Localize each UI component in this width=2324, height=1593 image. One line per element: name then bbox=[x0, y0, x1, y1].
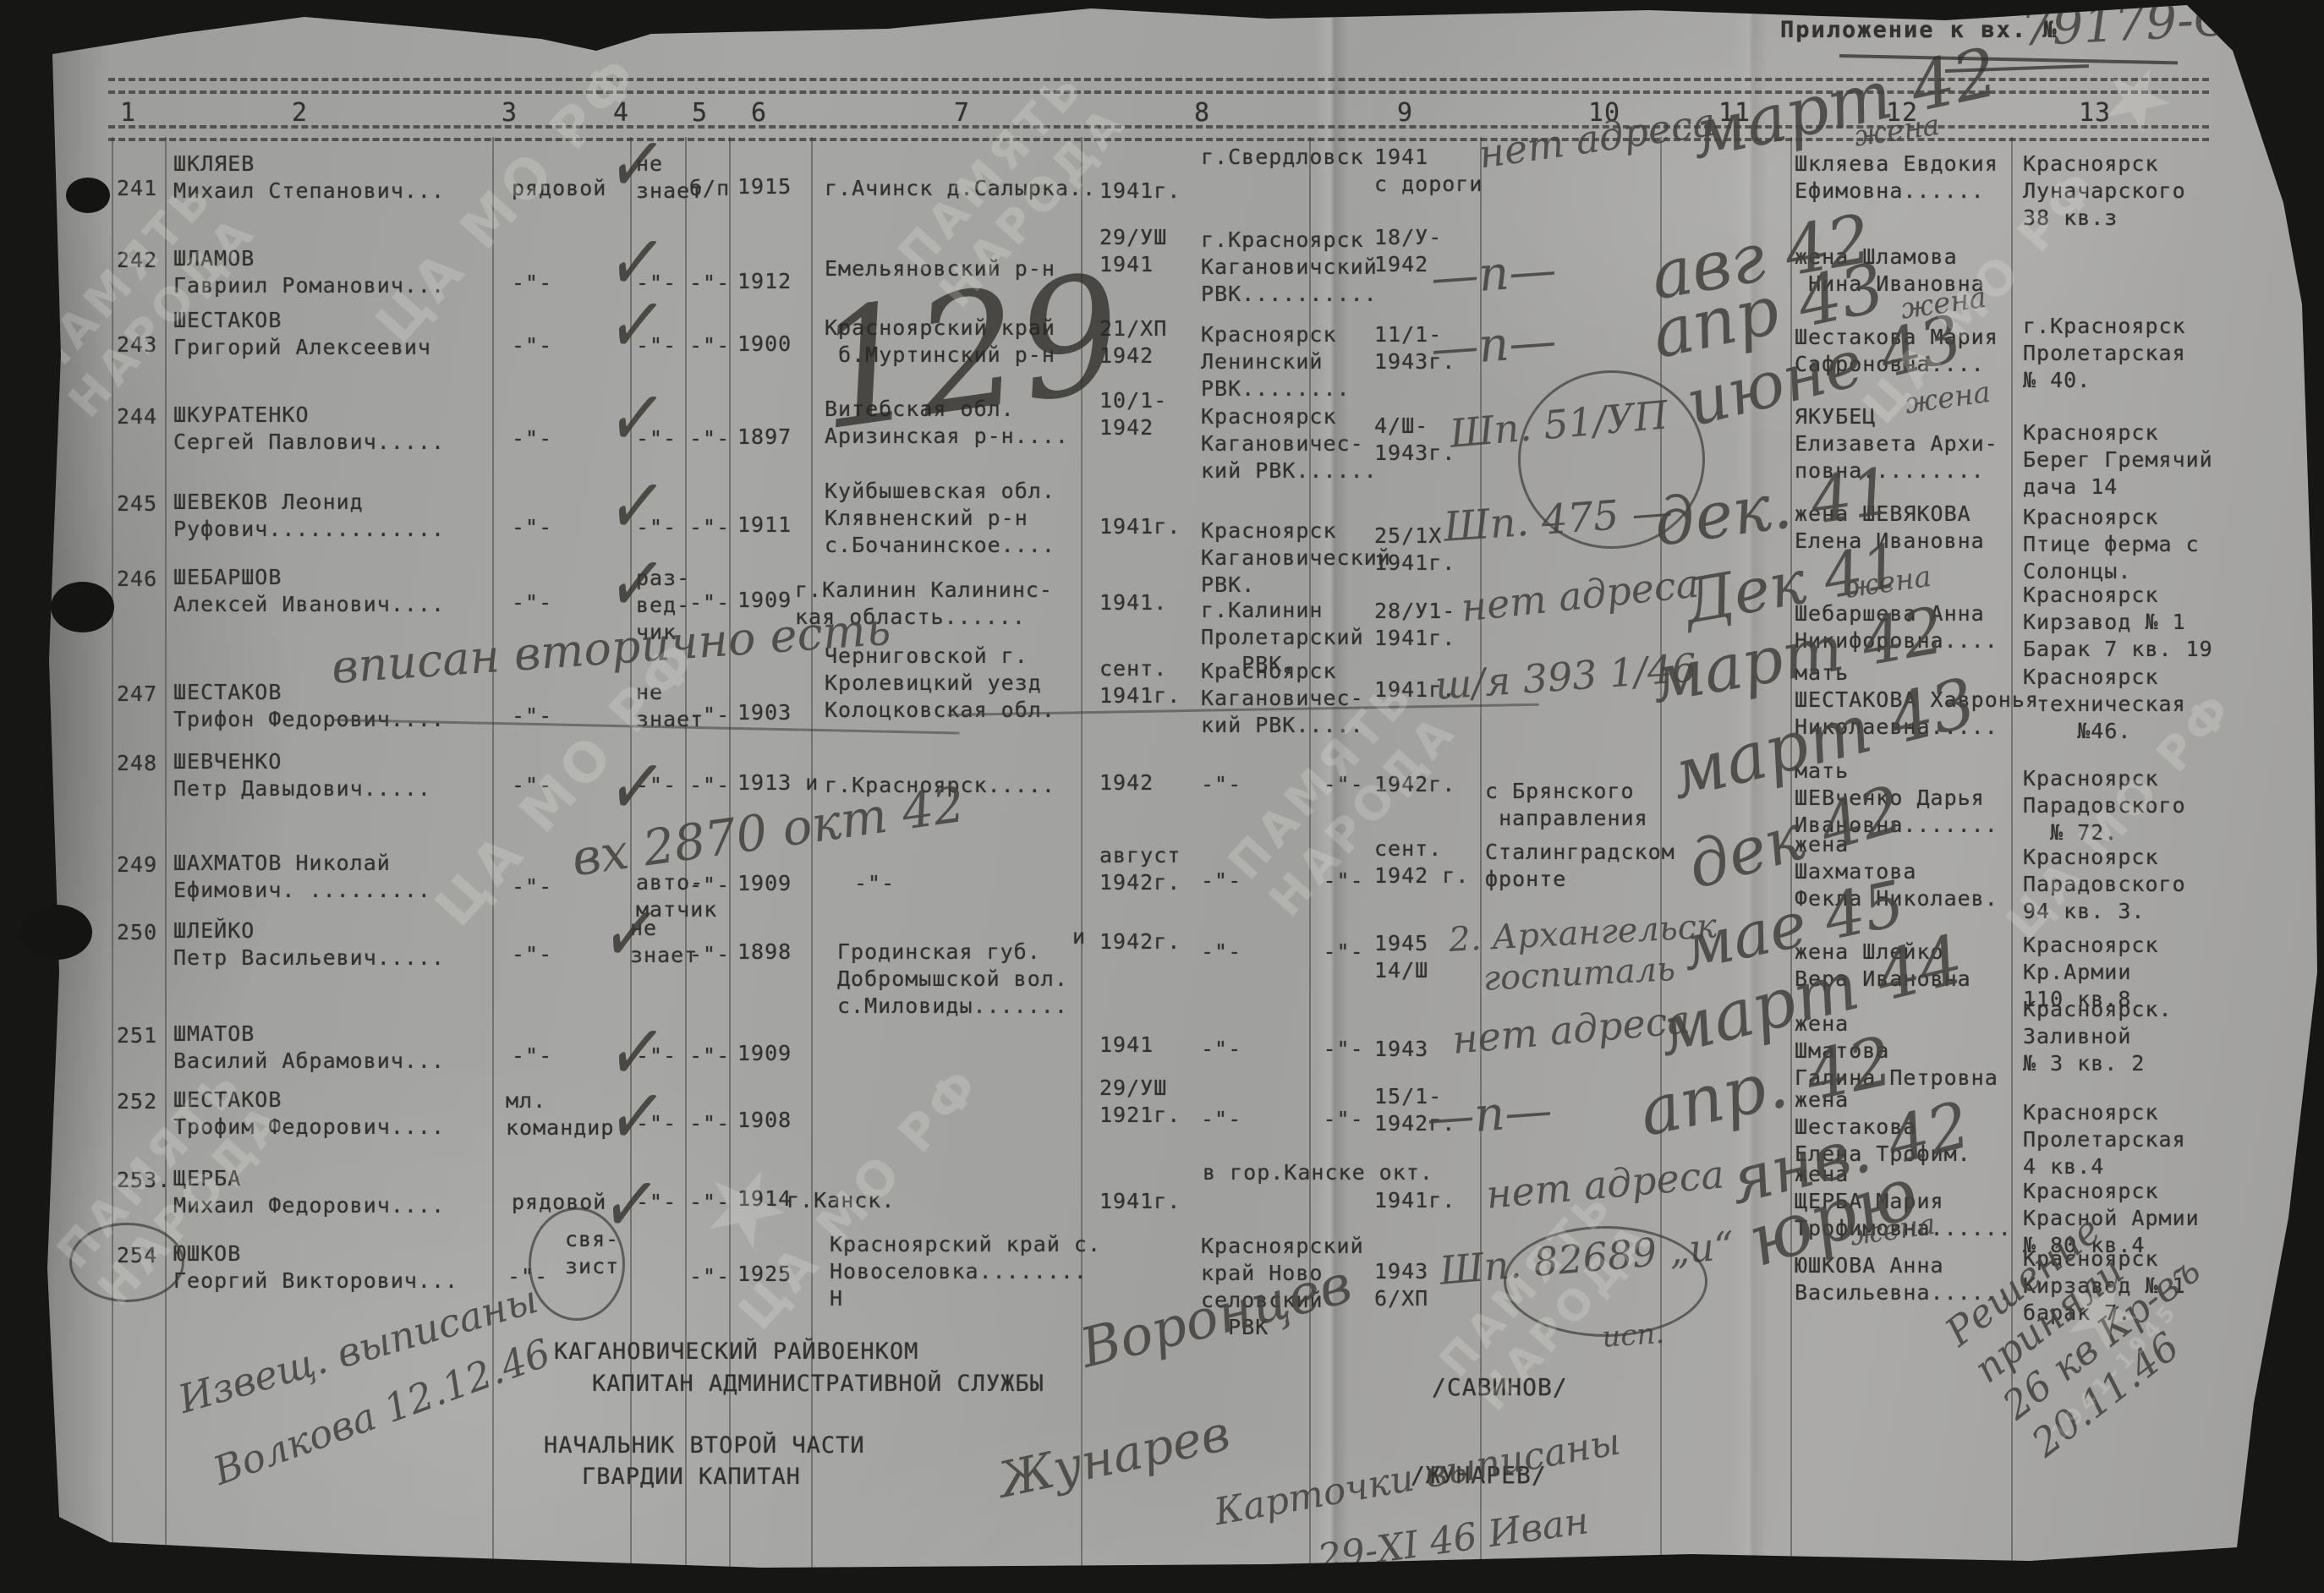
column-number: 7 bbox=[954, 98, 970, 128]
cell-call: 1941г. bbox=[1099, 1188, 1181, 1215]
column-number: 2 bbox=[292, 98, 308, 128]
cell-last: 1943 6/ХП bbox=[1374, 1258, 1428, 1312]
cell-year: 1909 bbox=[737, 870, 792, 897]
cell-num: 241 bbox=[117, 175, 157, 202]
cell-name: ШКУРАТЕНКО Сергей Павлович..... bbox=[173, 402, 445, 456]
cell-name: ЮШКОВ Георгий Викторович... bbox=[173, 1240, 458, 1295]
cell-num: 248 bbox=[117, 750, 157, 777]
cell-call: 29/УШ 1921г. bbox=[1099, 1075, 1181, 1129]
paper-sheet: 12345678910111213 241ШКЛЯЕВ Михаил Степа… bbox=[0, 0, 2324, 1593]
cell-last: 1941 с дороги bbox=[1374, 144, 1483, 198]
paper-hole bbox=[51, 582, 114, 632]
cell-party: -"- bbox=[689, 1110, 730, 1137]
cell-rvk: г.Свердловск bbox=[1201, 144, 1364, 171]
cell-rank: -"- bbox=[512, 1043, 552, 1070]
pencil-check-mark: ✓ bbox=[596, 881, 665, 987]
cell-call: 1941 bbox=[1099, 1032, 1154, 1059]
pencil-check-mark: ✓ bbox=[602, 365, 671, 471]
cell-rvk: г.Красноярск Кагановичский РВК.......... bbox=[1201, 227, 1378, 308]
cell-call: 1942г. bbox=[1099, 928, 1181, 955]
cell-year: 1908 bbox=[737, 1107, 792, 1134]
cell-birth: -"- bbox=[854, 870, 895, 897]
cell-party: -"- bbox=[689, 270, 730, 297]
handwritten-note: —п— bbox=[1425, 1082, 1554, 1147]
cell-year: 1913 и bbox=[737, 769, 819, 796]
cell-rvk: -"- -"- bbox=[1201, 939, 1364, 966]
cell-party: б/п bbox=[689, 175, 730, 202]
cell-rvk: -"- -"- bbox=[1201, 1106, 1364, 1133]
cell-note: с Брянского направления bbox=[1485, 778, 1648, 832]
cell-rvk: Красноярск Кагановичес- кий РВК...... bbox=[1201, 403, 1378, 484]
cell-addr: г.Красноярск Пролетарская № 40. bbox=[2023, 313, 2186, 394]
cell-party: -"- bbox=[689, 589, 730, 616]
cell-year: 1909 bbox=[737, 1040, 792, 1067]
cell-last: 4/Ш- 1943г. bbox=[1374, 413, 1455, 467]
cell-party: -"- bbox=[689, 941, 730, 968]
cell-year: 1897 bbox=[737, 424, 792, 451]
cell-addr: Красноярск. Заливной № 3 кв. 2 bbox=[2023, 996, 2173, 1077]
footer-typed-text: ГВАРДИИ КАПИТАН bbox=[582, 1464, 801, 1491]
handwritten-note: —п— bbox=[1429, 313, 1558, 378]
paper-hole bbox=[20, 905, 92, 960]
cell-last: 1941г. bbox=[1374, 1187, 1455, 1214]
cell-name: ШАХМАТОВ Николай Ефимович. ......... bbox=[173, 850, 431, 904]
cell-birth: Красноярский край с. Новоселовка........… bbox=[830, 1231, 1101, 1312]
footer-typed-text: КАПИТАН АДМИНИСТРАТИВНОЙ СЛУЖБЫ bbox=[592, 1371, 1044, 1398]
cell-last: сент. 1942 г. bbox=[1374, 835, 1469, 890]
cell-rank: -"- bbox=[512, 514, 552, 541]
cell-rel: Шкляева Евдокия Ефимовна...... bbox=[1795, 151, 1998, 205]
cell-call: сент. 1941г. bbox=[1099, 655, 1181, 709]
cell-rank: -"- bbox=[512, 589, 552, 616]
cell-call: 1941. bbox=[1099, 589, 1167, 616]
cell-num: 247 bbox=[117, 681, 157, 708]
cell-call: август 1942г. bbox=[1099, 842, 1181, 896]
pencil-circle-mark bbox=[529, 1207, 625, 1321]
cell-year: 1912 bbox=[737, 268, 792, 295]
cell-rank: -"- bbox=[512, 941, 552, 968]
cell-party: -"- bbox=[689, 702, 730, 729]
cell-addr: Красноярск Берег Гремячий дача 14 bbox=[2023, 419, 2213, 501]
cell-party: -"- bbox=[689, 1043, 730, 1070]
column-number: 9 bbox=[1397, 98, 1413, 128]
cell-call: 1941г. bbox=[1099, 513, 1181, 540]
cell-num: 252 bbox=[117, 1088, 157, 1115]
cell-call: 1942 bbox=[1099, 769, 1154, 796]
cell-num: 250 bbox=[117, 919, 157, 946]
handwritten-note: —п— bbox=[1429, 242, 1558, 307]
cell-year: 1915 bbox=[737, 173, 792, 200]
cell-addr: Красноярск Кирзавод № 1 Барак 7 кв. 19 bbox=[2023, 582, 2213, 663]
cell-rank: -"- bbox=[512, 425, 552, 452]
column-number: 3 bbox=[502, 98, 518, 128]
cell-num: 244 bbox=[117, 403, 157, 430]
footer-typed-text: КАГАНОВИЧЕСКИЙ РАЙВОЕНКОМ bbox=[554, 1338, 918, 1366]
cell-last: 1943 bbox=[1374, 1036, 1428, 1063]
cell-rvk: Красноярск Ленинский РВК........ bbox=[1201, 321, 1351, 402]
cell-year: 1900 bbox=[737, 331, 792, 358]
column-number: 1 bbox=[120, 98, 136, 128]
footer-handwritten-note: Жунарев bbox=[994, 1404, 1235, 1510]
footer-handwritten-note: 29-ХІ 46 Иван bbox=[1315, 1499, 1592, 1581]
cell-party: -"- bbox=[689, 425, 730, 452]
cell-rvk: -"- -"- bbox=[1201, 1036, 1364, 1063]
cell-party: -"- bbox=[689, 1263, 730, 1290]
cell-num: 246 bbox=[117, 566, 157, 593]
cell-num: 249 bbox=[117, 851, 157, 879]
cell-year: 1903 bbox=[737, 699, 792, 726]
cell-year: 1898 bbox=[737, 939, 792, 966]
column-number: 6 bbox=[751, 98, 767, 128]
cell-rank: мл. командир bbox=[506, 1087, 614, 1141]
cell-addr: Красноярск Пролетарская 4 кв.4 bbox=[2023, 1099, 2186, 1180]
cell-name: ШЕБАРШОВ Алексей Иванович.... bbox=[173, 564, 445, 618]
cell-num: 245 bbox=[117, 490, 157, 517]
paper-edge-shadow bbox=[0, 0, 110, 1593]
cell-addr: Красноярск Птице ферма с Солонцы. bbox=[2023, 504, 2200, 585]
column-number: 8 bbox=[1194, 98, 1210, 128]
handwritten-note: нет адреса bbox=[1459, 561, 1701, 632]
cell-rank: -"- bbox=[512, 332, 552, 359]
cell-party: -"- bbox=[689, 772, 730, 799]
cell-note: и bbox=[1072, 923, 1086, 950]
column-number: 5 bbox=[692, 98, 708, 128]
cell-year: 1911 bbox=[737, 512, 792, 539]
cell-last: 1945 14/Ш bbox=[1374, 930, 1428, 984]
cell-party: -"- bbox=[689, 514, 730, 541]
document-scan: 12345678910111213 241ШКЛЯЕВ Михаил Степа… bbox=[0, 0, 2324, 1593]
paper-hole bbox=[66, 178, 110, 213]
cell-rvk: Красноярск Кагановический РВК. bbox=[1201, 517, 1391, 599]
cell-last: 28/У1- 1941г. bbox=[1374, 598, 1455, 652]
cell-call: 1941г. bbox=[1099, 178, 1181, 205]
cell-note: Сталинградском фронте bbox=[1485, 839, 1675, 893]
cell-birth: Куйбышевская обл. Клявненский р-н с.Боча… bbox=[825, 478, 1055, 559]
cell-party: -"- bbox=[689, 332, 730, 359]
cell-name: ШЛЕЙКО Петр Васильевич..... bbox=[173, 917, 445, 972]
cell-birth: Гродинская губ. Добромышской вол. с.Мило… bbox=[837, 939, 1068, 1020]
cell-rvk: в гор.Канске окт. bbox=[1203, 1159, 1433, 1186]
cell-party: -"- bbox=[689, 872, 730, 899]
cell-name: ШЕВЕКОВ Леонид Руфович............. bbox=[173, 489, 445, 543]
footer-typed-text: НАЧАЛЬНИК ВТОРОЙ ЧАСТИ bbox=[544, 1432, 865, 1459]
cell-rank: -"- bbox=[512, 270, 552, 297]
cell-name: ШЕВЧЕНКО Петр Давыдович..... bbox=[173, 748, 431, 802]
cell-num: 251 bbox=[117, 1022, 157, 1049]
attachment-label: Приложение к вх. № bbox=[1780, 17, 2058, 44]
